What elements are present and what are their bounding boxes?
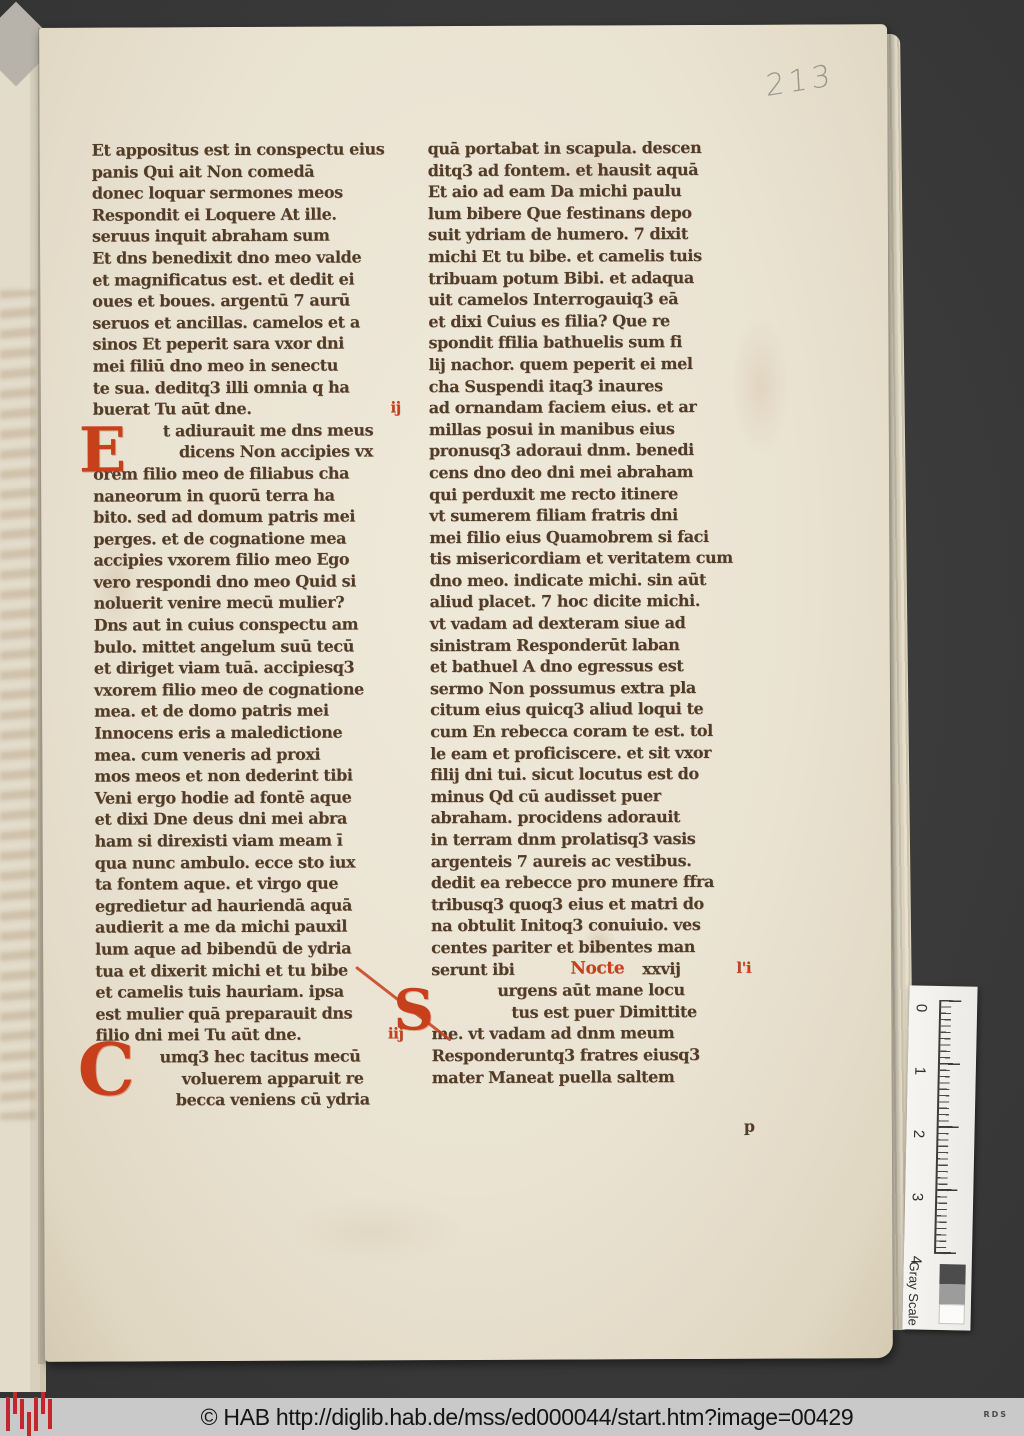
manuscript-line: Responderuntq3 fratres eiusq3 bbox=[432, 1044, 752, 1067]
manuscript-line: suit ydriam de humero. 7 dixit bbox=[428, 223, 748, 246]
manuscript-line: Et dns benedixit dno meo valde bbox=[92, 246, 400, 269]
manuscript-line: abraham. procidens adorauit bbox=[430, 806, 750, 829]
manuscript-line: umq3 hec tacitus mecū bbox=[96, 1045, 404, 1068]
manuscript-line: et dixi Dne deus dni mei abra bbox=[95, 808, 403, 831]
manuscript-line: et diriget viam tuā. accipiesq3 bbox=[94, 657, 402, 680]
manuscript-line: vt vadam ad dexteram siue ad bbox=[430, 612, 750, 635]
pencil-folio-number: 213 bbox=[765, 61, 835, 102]
manuscript-line: cum En rebecca coram te est. tol bbox=[430, 720, 750, 743]
manuscript-line: orem filio meo de filiabus cha bbox=[93, 462, 401, 485]
manuscript-line: mei filiū dno meo in senectu bbox=[93, 354, 401, 377]
manuscript-line: sinos Et peperit sara vxor dni bbox=[92, 333, 400, 356]
manuscript-line: urgens aūt mane locu bbox=[431, 979, 751, 1002]
manuscript-line: lij nachor. quem peperit ei mel bbox=[429, 353, 749, 376]
ruler-number: 0 bbox=[912, 998, 929, 1018]
manuscript-line: quā portabat in scapula. descen bbox=[428, 137, 748, 160]
text-column-right: quā portabat in scapula. descenditq3 ad … bbox=[428, 137, 752, 1089]
manuscript-line: oues et boues. argentū 7 aurū bbox=[92, 289, 400, 312]
manuscript-line: perges. et de cognatione mea bbox=[93, 527, 401, 550]
manuscript-line: sinistram Responderūt laban bbox=[430, 633, 750, 656]
ruler-number: 3 bbox=[908, 1187, 925, 1207]
manuscript-line: mea. et de domo patris mei bbox=[94, 700, 402, 723]
facing-page-showthrough-text bbox=[0, 290, 36, 1120]
manuscript-line: dno meo. indicate michi. sin aūt bbox=[429, 569, 749, 592]
ruler-numbers: 01234 bbox=[906, 993, 932, 1263]
manuscript-line: egredietur ad hauriendā aquā bbox=[95, 894, 403, 917]
manuscript-line: seruos et ancillas. camelos et a bbox=[92, 311, 400, 334]
manuscript-line: michi Et tu bibe. et camelis tuis bbox=[428, 245, 748, 268]
registration-bar bbox=[48, 1399, 52, 1429]
caption-bar: © HAB http://diglib.hab.de/mss/ed000044/… bbox=[0, 1398, 1024, 1436]
manuscript-line: lum bibere Que festinans depo bbox=[428, 202, 748, 225]
gray-patch-mid bbox=[939, 1284, 965, 1305]
ruler-number: 2 bbox=[910, 1124, 927, 1144]
registration-bar bbox=[41, 1392, 45, 1414]
manuscript-line: mei filio eius Quamobrem si faci bbox=[429, 525, 749, 548]
manuscript-line: t adiurauit me dns meus bbox=[93, 419, 401, 442]
manuscript-line: aliud placet. 7 hoc dicite michi. bbox=[430, 590, 750, 613]
manuscript-line: sermo Non possumus extra pla bbox=[430, 677, 750, 700]
manuscript-line: vxorem filio meo de cognatione bbox=[94, 678, 402, 701]
manuscript-line: na obtulit Initoq3 conuiuio. ves bbox=[431, 914, 751, 937]
manuscript-line: pronusq3 adoraui dnm. benedi bbox=[429, 439, 749, 462]
manuscript-photo: 213 Et appositus est in conspectu eiuspa… bbox=[0, 0, 1024, 1436]
registration-bar bbox=[20, 1399, 24, 1429]
manuscript-page: 213 Et appositus est in conspectu eiuspa… bbox=[39, 24, 893, 1362]
copyright-caption: © HAB http://diglib.hab.de/mss/ed000044/… bbox=[201, 1406, 854, 1429]
manuscript-line: in terram dnm prolatisq3 vasis bbox=[431, 828, 751, 851]
manuscript-line: me. vt vadam ad dnm meum bbox=[431, 1022, 751, 1045]
manuscript-line: tribusq3 quoq3 eius et matri do bbox=[431, 893, 751, 916]
grayscale-label: Gray Scale bbox=[905, 1261, 921, 1326]
grayscale-patches bbox=[939, 1264, 966, 1325]
manuscript-line: bulo. mittet angelum suū tecū bbox=[94, 635, 402, 658]
manuscript-line: audierit a me da michi pauxil bbox=[95, 916, 403, 939]
manuscript-line: mos meos et non dederint tibi bbox=[94, 764, 402, 787]
manuscript-line: millas posui in manibus eius bbox=[429, 417, 749, 440]
manuscript-line: becca veniens cū ydria bbox=[96, 1088, 404, 1111]
registration-bar bbox=[6, 1397, 10, 1431]
manuscript-line: filio dni mei Tu aūt dne.iij bbox=[95, 1024, 403, 1047]
manuscript-line: et camelis tuis hauriam. ipsa bbox=[95, 980, 403, 1003]
manuscript-line: buerat Tu aūt dne.ij bbox=[93, 397, 401, 420]
manuscript-line: noluerit venire mecū mulier? bbox=[94, 592, 402, 615]
manuscript-line: est mulier quā preparauit dns bbox=[95, 1002, 403, 1025]
manuscript-line: mater Maneat puella saltem bbox=[432, 1065, 752, 1088]
manuscript-line: Dns aut in cuius conspectu am bbox=[94, 613, 402, 636]
manuscript-line: accipies vxorem filio meo Ego bbox=[93, 549, 401, 572]
manuscript-line: et dixi Cuius es filia? Que re bbox=[428, 310, 748, 333]
caption-corner-mark: RDS bbox=[983, 1410, 1008, 1419]
manuscript-line: donec loquar sermones meos bbox=[92, 181, 400, 204]
manuscript-line: ditq3 ad fontem. et hausit aquā bbox=[428, 158, 748, 181]
manuscript-line: Innocens eris a maledictione bbox=[94, 721, 402, 744]
gray-patch-white bbox=[939, 1304, 965, 1325]
registration-bar bbox=[27, 1412, 31, 1436]
rubricated-initial-C: C bbox=[77, 1033, 135, 1105]
parchment-stain bbox=[284, 1196, 464, 1267]
manuscript-line: Veni ergo hodie ad fontē aque bbox=[94, 786, 402, 809]
grayscale-calibration-ruler: 01234 Gray Scale bbox=[902, 985, 977, 1330]
manuscript-line: voluerem apparuit re bbox=[96, 1067, 404, 1090]
manuscript-line: cens dno deo dni mei abraham bbox=[429, 461, 749, 484]
manuscript-line: ad ornandam faciem eius. et ar bbox=[429, 396, 749, 419]
manuscript-line: qua nunc ambulo. ecce sto iux bbox=[95, 851, 403, 874]
manuscript-line: et magnificatus est. et dedit ei bbox=[92, 268, 400, 291]
rubricated-initial-E: E bbox=[79, 419, 127, 481]
ruler-ticks bbox=[934, 1000, 963, 1254]
manuscript-line: ham si direxisti viam meam ī bbox=[95, 829, 403, 852]
manuscript-line: ta fontem aque. et virgo que bbox=[95, 872, 403, 895]
manuscript-line: naneorum in quorū terra ha bbox=[93, 484, 401, 507]
manuscript-line: qui perduxit me recto itinere bbox=[429, 482, 749, 505]
manuscript-line: cha Suspendi itaq3 inaures bbox=[429, 374, 749, 397]
manuscript-line: Et aio ad eam Da michi paulu bbox=[428, 180, 748, 203]
manuscript-line: lum aque ad bibendū de ydria bbox=[95, 937, 403, 960]
manuscript-line: spondit ffilia bathuelis sum fi bbox=[428, 331, 748, 354]
manuscript-line: Respondit ei Loquere At ille. bbox=[92, 203, 400, 226]
gray-patch-dark bbox=[939, 1264, 965, 1285]
color-registration-stripes bbox=[6, 1392, 52, 1436]
manuscript-line: dedit ea rebecce pro munere ffra bbox=[431, 871, 751, 894]
manuscript-line: citum eius quicq3 aliud loqui te bbox=[430, 698, 750, 721]
manuscript-line: uit camelos Interrogauiq3 eā bbox=[428, 288, 748, 311]
manuscript-line: vt sumerem filiam fratris dni bbox=[429, 504, 749, 527]
manuscript-line: te sua. deditq3 illi omnia q ha bbox=[93, 376, 401, 399]
manuscript-line: mea. cum veneris ad proxi bbox=[94, 743, 402, 766]
manuscript-line: serunt ibiNoctexxvijl'i bbox=[431, 957, 751, 980]
manuscript-line: et bathuel A dno egressus est bbox=[430, 655, 750, 678]
manuscript-line: bito. sed ad domum patris mei bbox=[93, 505, 401, 528]
manuscript-line: panis Qui ait Non comedā bbox=[92, 160, 400, 183]
catchword: p bbox=[744, 1119, 755, 1135]
manuscript-line: minus Qd cū audisset puer bbox=[430, 785, 750, 808]
manuscript-line: vero respondi dno meo Quid si bbox=[93, 570, 401, 593]
manuscript-line: tus est puer Dimittite bbox=[431, 1001, 751, 1024]
manuscript-line: dicens Non accipies vx bbox=[93, 441, 401, 464]
manuscript-line: tis misericordiam et veritatem cum bbox=[429, 547, 749, 570]
manuscript-line: Et appositus est in conspectu eius bbox=[92, 138, 400, 161]
registration-bar bbox=[13, 1392, 17, 1414]
manuscript-line: tribuam potum Bibi. et adaqua bbox=[428, 266, 748, 289]
manuscript-line: centes pariter et bibentes man bbox=[431, 936, 751, 959]
manuscript-line: seruus inquit abraham sum bbox=[92, 225, 400, 248]
ruler-number: 1 bbox=[911, 1061, 928, 1081]
manuscript-line: le eam et proficiscere. et sit vxor bbox=[430, 741, 750, 764]
manuscript-line: filij dni tui. sicut locutus est do bbox=[430, 763, 750, 786]
registration-bar bbox=[34, 1397, 38, 1431]
manuscript-line: argenteis 7 aureis ac vestibus. bbox=[431, 849, 751, 872]
